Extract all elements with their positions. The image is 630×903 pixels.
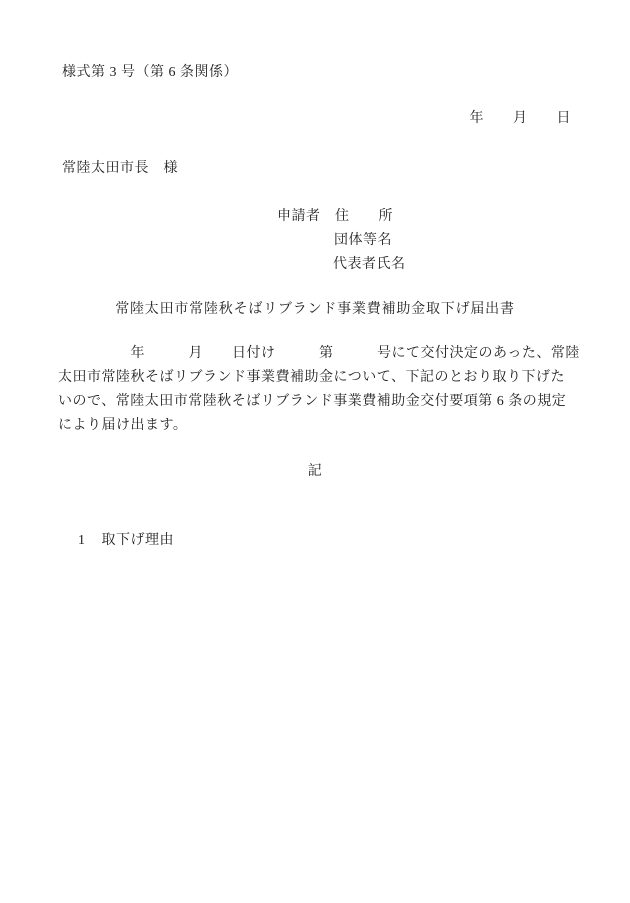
applicant-org-line: 団体等名 (334, 230, 392, 251)
body-line-3: いので、常陸太田市常陸秋そばリブランド事業費補助金交付要項第 6 条の規定 (58, 391, 566, 412)
item-label: 取下げ理由 (102, 533, 175, 548)
body-line-4: により届け出ます。 (58, 415, 187, 436)
document-page: 様式第 3 号（第 6 条関係） 年 月 日 常陸太田市長 様 申請者 住 所 … (0, 0, 630, 903)
body-line-1: 年 月 日付け 第 号にて交付決定のあった、常陸 (58, 343, 580, 364)
addressee: 常陸太田市長 様 (62, 158, 178, 179)
date-line: 年 月 日 (470, 108, 572, 129)
item-number: 1 (78, 533, 86, 548)
applicant-address-line: 申請者 住 所 (277, 206, 393, 227)
record-mark: 記 (0, 461, 630, 482)
form-number: 様式第 3 号（第 6 条関係） (62, 62, 238, 83)
list-item-withdrawal-reason: 1取下げ理由 (62, 509, 174, 572)
applicant-representative-line: 代表者氏名 (333, 254, 406, 275)
body-line-2: 太田市常陸秋そばリブランド事業費補助金について、下記のとおり取り下げた (58, 367, 565, 388)
document-title: 常陸太田市常陸秋そばリブランド事業費補助金取下げ届出書 (0, 299, 630, 320)
